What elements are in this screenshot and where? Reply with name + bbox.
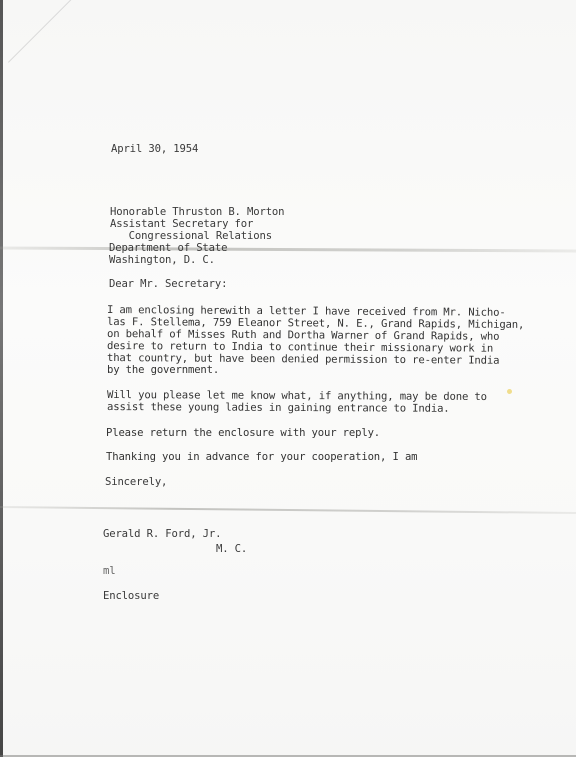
letter-page: April 30, 1954 Honorable Thruston B. Mor… (0, 0, 576, 769)
recipient-line: Honorable Thruston B. Morton (110, 206, 284, 218)
signer-title: M. C. (216, 543, 247, 555)
signer-name: Gerald R. Ford, Jr. (103, 528, 221, 540)
page-edge-shadow (0, 0, 3, 769)
scan-background (0, 757, 576, 769)
enclosure-note: Enclosure (103, 590, 159, 602)
salutation: Dear Mr. Secretary: (109, 278, 227, 290)
letter-date: April 30, 1954 (111, 143, 198, 155)
paragraph-3: Please return the enclosure with your re… (106, 427, 380, 439)
recipient-line: Washington, D. C. (109, 254, 215, 266)
typist-initials: ml (103, 565, 115, 577)
recipient-line: Congressional Relations (110, 230, 272, 242)
closing: Sincerely, (105, 476, 167, 488)
body-line: assist these young ladies in gaining ent… (107, 401, 450, 415)
stain-spot (507, 389, 512, 394)
recipient-line: Assistant Secretary for (110, 218, 253, 230)
recipient-line: Department of State (109, 242, 227, 254)
fold-line-lower (0, 506, 576, 514)
paragraph-4: Thanking you in advance for your coopera… (106, 451, 417, 463)
fold-line-upper (0, 246, 576, 252)
corner-crease (8, 0, 76, 63)
body-line: by the government. (107, 364, 219, 376)
